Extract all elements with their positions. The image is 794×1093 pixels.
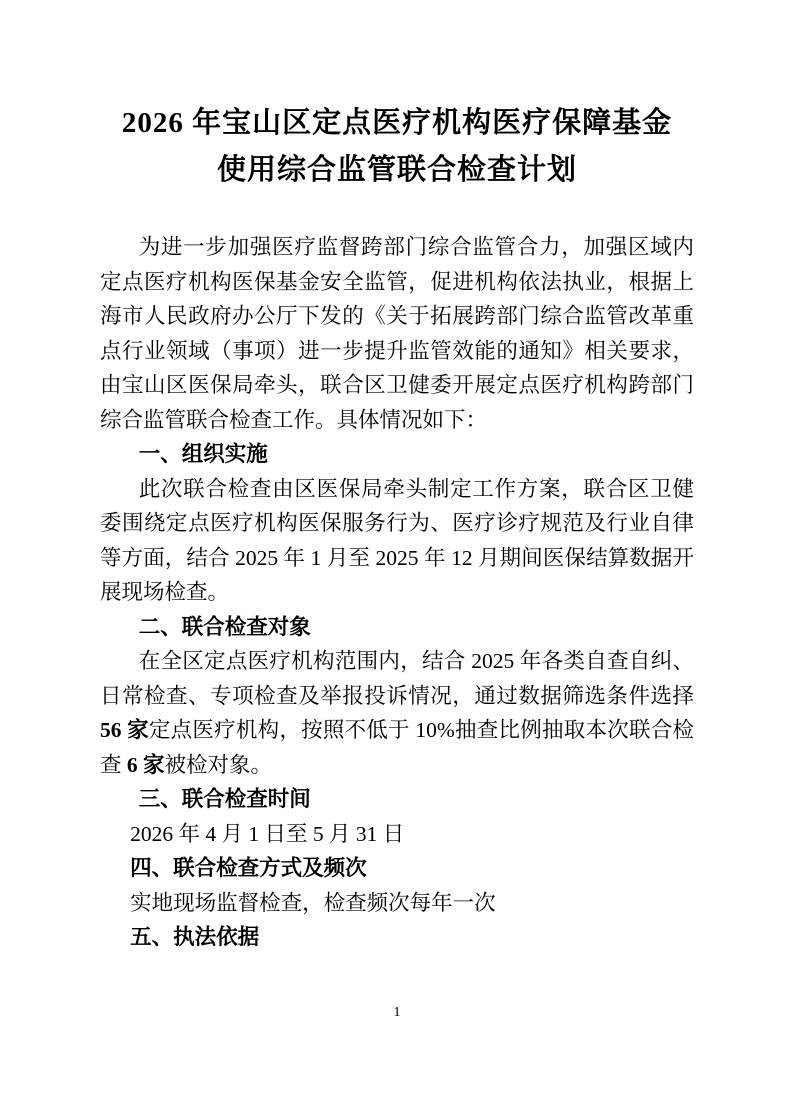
document-title-line-2: 使用综合监管联合检查计划: [100, 147, 694, 194]
section-2-text-3: 被检对象。: [165, 753, 273, 777]
page-number: 1: [0, 1003, 794, 1023]
section-3-heading: 三、联合检查时间: [100, 782, 694, 817]
section-1-heading: 一、组织实施: [100, 437, 694, 472]
section-2-bold-6: 6 家: [127, 753, 165, 777]
section-1-paragraph: 此次联合检查由区医保局牵头制定工作方案，联合区卫健委围绕定点医疗机构医保服务行为…: [100, 472, 694, 610]
section-4-paragraph: 实地现场监督检查，检查频次每年一次: [100, 886, 694, 921]
document-body: 为进一步加强医疗监督跨部门综合监管合力，加强区域内定点医疗机构医保基金安全监管，…: [100, 230, 694, 955]
section-2-bold-56: 56 家: [100, 718, 149, 742]
section-3-paragraph: 2026 年 4 月 1 日至 5 月 31 日: [100, 817, 694, 852]
document-title-line-1: 2026 年宝山区定点医疗机构医疗保障基金: [100, 100, 694, 147]
section-5-heading: 五、执法依据: [100, 920, 694, 955]
document-page: 2026 年宝山区定点医疗机构医疗保障基金 使用综合监管联合检查计划 为进一步加…: [0, 0, 794, 1093]
section-4-heading: 四、联合检查方式及频次: [100, 851, 694, 886]
section-2-text-1: 在全区定点医疗机构范围内，结合 2025 年各类自查自纠、日常检查、专项检查及举…: [100, 649, 694, 708]
section-2-paragraph: 在全区定点医疗机构范围内，结合 2025 年各类自查自纠、日常检查、专项检查及举…: [100, 644, 694, 782]
document-title: 2026 年宝山区定点医疗机构医疗保障基金 使用综合监管联合检查计划: [100, 100, 694, 194]
section-2-heading: 二、联合检查对象: [100, 610, 694, 645]
intro-paragraph: 为进一步加强医疗监督跨部门综合监管合力，加强区域内定点医疗机构医保基金安全监管，…: [100, 230, 694, 437]
